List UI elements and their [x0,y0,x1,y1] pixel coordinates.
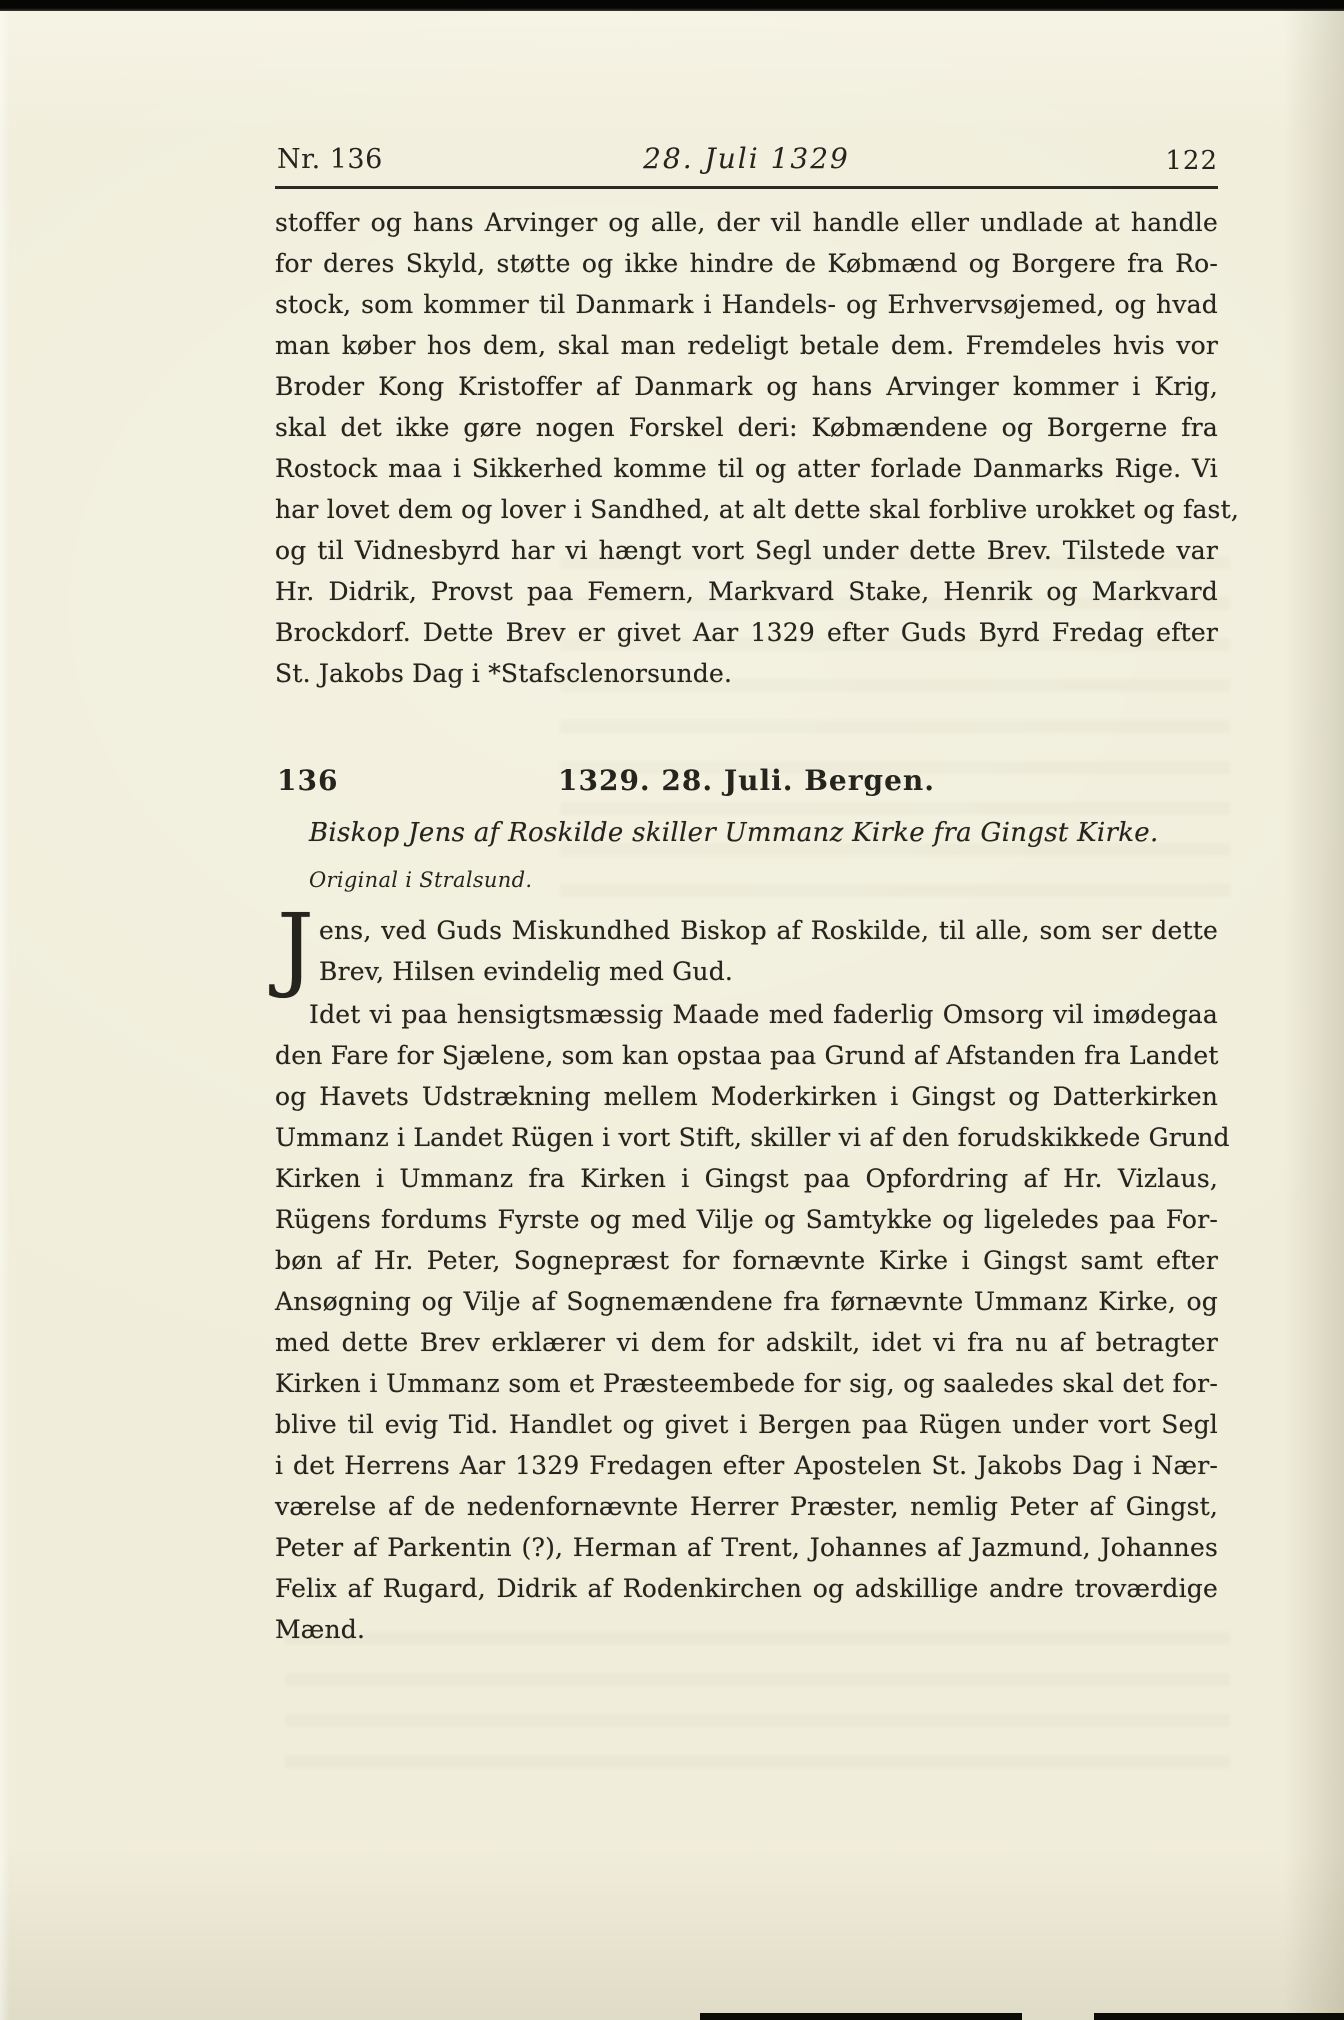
text-line: bøn af Hr. Peter, Sognepræst for fornævn… [275,1240,1218,1281]
scan-edge-top [0,0,1344,11]
text-line: stock, som kommer til Danmark i Handels-… [275,284,1218,325]
entry-regest: Biskop Jens af Roskilde skiller Ummanz K… [275,818,1252,848]
running-head-date: 28. Juli 1329 [275,142,1218,175]
drop-cap-initial: J [277,902,314,994]
text-line: Kirken i Ummanz fra Kirken i Gingst paa … [275,1158,1218,1199]
text-line: Kirken i Ummanz som et Præsteembede for … [275,1363,1218,1404]
text-line: og Havets Udstrækning mellem Moderkirken… [275,1076,1218,1117]
text-line: Ansøgning og Vilje af Sognemændene fra f… [275,1281,1218,1322]
text-line: Brockdorf. Dette Brev er givet Aar 1329 … [275,612,1218,653]
text-line: Idet vi paa hensigtsmæssig Maade med fad… [275,994,1218,1035]
text-line: Felix af Rugard, Didrik af Rodenkirchen … [275,1568,1218,1609]
text-line: stoffer og hans Arvinger og alle, der vi… [275,202,1218,243]
text-line: man køber hos dem, skal man redeligt bet… [275,325,1218,366]
text-line: Mænd. [275,1609,1218,1650]
entry-main-paragraph: Idet vi paa hensigtsmæssig Maade med fad… [275,994,1218,1650]
entry-provenance: Original i Stralsund. [275,868,1252,892]
text-line: skal det ikke gøre nogen Forskel deri: K… [275,407,1218,448]
text-line: St. Jakobs Dag i *Stafsclenorsunde. [275,653,1218,694]
text-line: Rügens fordums Fyrste og med Vilje og Sa… [275,1199,1218,1240]
entry-opening-paragraph: J ens, ved Guds Miskundhed Biskop af Ros… [275,910,1218,992]
document-135-continuation: stoffer og hans Arvinger og alle, der vi… [275,202,1218,694]
text-line: i det Herrens Aar 1329 Fredagen efter Ap… [275,1445,1218,1486]
text-line: Rostock maa i Sikkerhed komme til og att… [275,448,1218,489]
text-line: Broder Kong Kristoffer af Danmark og han… [275,366,1218,407]
entry-heading: 136 1329. 28. Juli. Bergen. [275,764,1218,804]
header-rule [275,186,1218,189]
text-line: værelse af de nedenfornævnte Herrer Præs… [275,1486,1218,1527]
scan-edge-bottom [700,2013,1022,2020]
page-number: 122 [1165,146,1218,176]
text-line: Brev, Hilsen evindelig med Gud. [275,951,1218,992]
running-head: Nr. 136 28. Juli 1329 122 [275,144,1218,184]
text-line: den Fare for Sjælene, som kan opstaa paa… [275,1035,1218,1076]
text-line: for deres Skyld, støtte og ikke hindre d… [275,243,1218,284]
text-line: Peter af Parkentin (?), Herman af Trent,… [275,1527,1218,1568]
text-line: har lovet dem og lover i Sandhed, at alt… [275,489,1218,530]
scan-edge-bottom [1094,2013,1344,2020]
entry-dateline: 1329. 28. Juli. Bergen. [275,764,1218,797]
text-line: og til Vidnesbyrd har vi hængt vort Segl… [275,530,1218,571]
text-line: ens, ved Guds Miskundhed Biskop af Roski… [275,910,1218,951]
text-line: med dette Brev erklærer vi dem for adski… [275,1322,1218,1363]
text-line: blive til evig Tid. Handlet og givet i B… [275,1404,1218,1445]
text-line: Hr. Didrik, Provst paa Femern, Markvard … [275,571,1218,612]
text-line: Ummanz i Landet Rügen i vort Stift, skil… [275,1117,1218,1158]
